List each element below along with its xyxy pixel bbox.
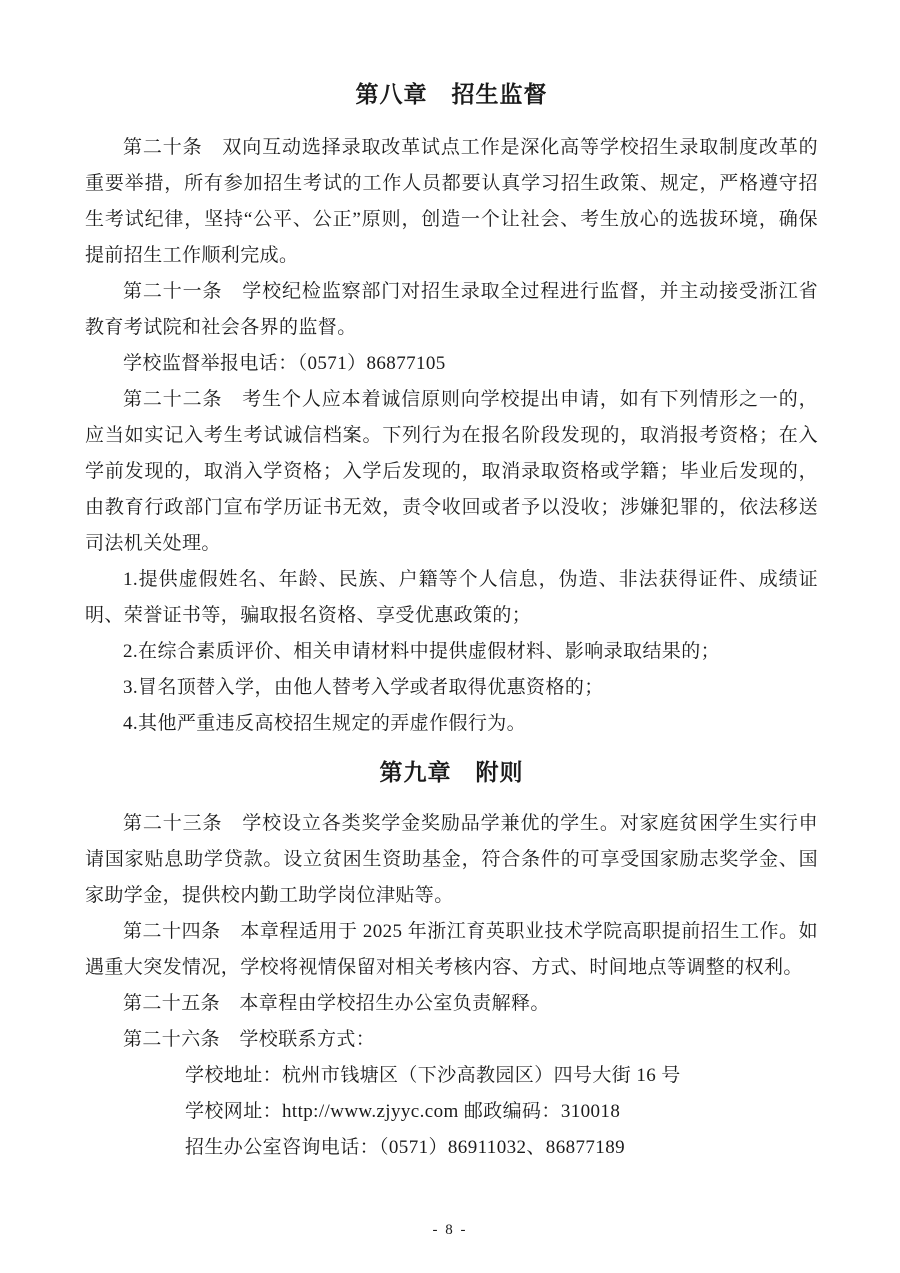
contact-address-line: 学校地址：杭州市钱塘区（下沙高教园区）四号大街 16 号 bbox=[85, 1058, 818, 1094]
supervision-phone-line: 学校监督举报电话：（0571）86877105 bbox=[85, 346, 818, 382]
violation-item-4: 4.其他严重违反高校招生规定的弄虚作假行为。 bbox=[85, 706, 818, 742]
violation-item-1: 1.提供虚假姓名、年龄、民族、户籍等个人信息，伪造、非法获得证件、成绩证明、荣誉… bbox=[85, 562, 818, 634]
chapter-8-title: 第八章 招生监督 bbox=[85, 80, 818, 110]
page-number: - 8 - bbox=[0, 1222, 900, 1239]
article-24-paragraph: 第二十四条 本章程适用于 2025 年浙江育英职业技术学院高职提前招生工作。如遇… bbox=[85, 914, 818, 986]
chapter-9-title: 第九章 附则 bbox=[85, 758, 818, 788]
article-23-paragraph: 第二十三条 学校设立各类奖学金奖励品学兼优的学生。对家庭贫困学生实行申请国家贴息… bbox=[85, 806, 818, 914]
document-content: 第八章 招生监督 第二十条 双向互动选择录取改革试点工作是深化高等学校招生录取制… bbox=[85, 80, 818, 1166]
violation-item-3: 3.冒名顶替入学，由他人替考入学或者取得优惠资格的； bbox=[85, 670, 818, 706]
contact-website-line: 学校网址：http://www.zjyyc.com 邮政编码：310018 bbox=[85, 1094, 818, 1130]
article-21-paragraph: 第二十一条 学校纪检监察部门对招生录取全过程进行监督，并主动接受浙江省教育考试院… bbox=[85, 274, 818, 346]
article-22-paragraph: 第二十二条 考生个人应本着诚信原则向学校提出申请，如有下列情形之一的，应当如实记… bbox=[85, 382, 818, 562]
article-26-paragraph: 第二十六条 学校联系方式： bbox=[85, 1022, 818, 1058]
article-20-paragraph: 第二十条 双向互动选择录取改革试点工作是深化高等学校招生录取制度改革的重要举措，… bbox=[85, 130, 818, 274]
article-25-paragraph: 第二十五条 本章程由学校招生办公室负责解释。 bbox=[85, 986, 818, 1022]
violation-item-2: 2.在综合素质评价、相关申请材料中提供虚假材料、影响录取结果的； bbox=[85, 634, 818, 670]
document-page: 第八章 招生监督 第二十条 双向互动选择录取改革试点工作是深化高等学校招生录取制… bbox=[0, 0, 900, 1273]
contact-phone-line: 招生办公室咨询电话：（0571）86911032、86877189 bbox=[85, 1130, 818, 1166]
